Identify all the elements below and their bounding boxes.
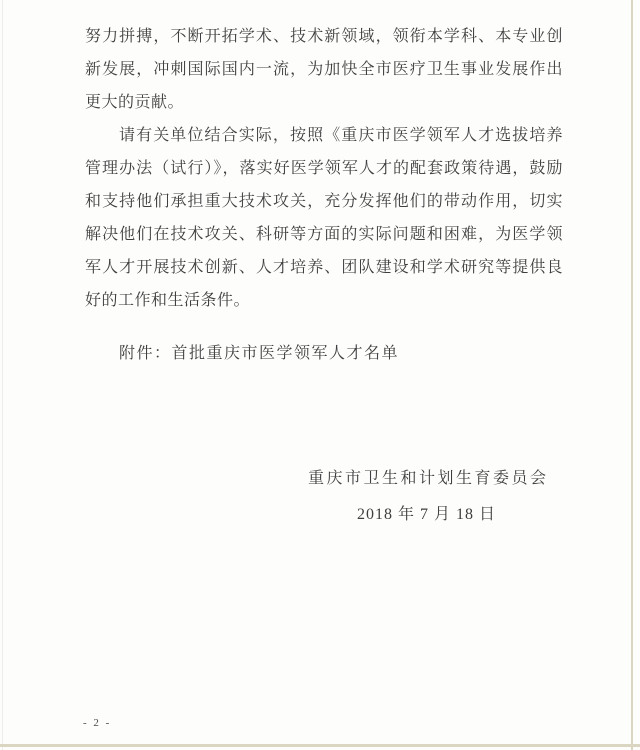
paragraph2-line-3: 和支持他们承担重大技术攻关，充分发挥他们的带动作用，切实 [85,185,563,218]
paragraph1-line-3: 更大的贡献。 [85,86,563,119]
paragraph2-line-6: 好的工作和生活条件。 [85,284,563,317]
scan-edge-right [631,0,633,750]
paragraph2-line-4: 解决他们在技术攻关、科研等方面的实际问题和困难，为医学领 [85,218,563,251]
page-number: - 2 - [83,717,111,729]
scan-edge-bottom [0,744,640,747]
issue-date: 2018 年 7 月 18 日 [357,498,496,531]
issuing-authority-signature: 重庆市卫生和计划生育委员会 [308,462,549,495]
scanned-document-page: 努力拼搏，不断开拓学术、技术新领域，领衔本学科、本专业创 新发展，冲刺国际国内一… [0,0,640,750]
document-body: 努力拼搏，不断开拓学术、技术新领域，领衔本学科、本专业创 新发展，冲刺国际国内一… [85,20,563,317]
paragraph1-line-1: 努力拼搏，不断开拓学术、技术新领域，领衔本学科、本专业创 [85,20,563,53]
paragraph2-line-2: 管理办法（试行）》，落实好医学领军人才的配套政策待遇，鼓励 [85,152,563,185]
attachment-reference: 附件：首批重庆市医学领军人才名单 [85,337,563,370]
paragraph2-line-1: 请有关单位结合实际，按照《重庆市医学领军人才选拔培养 [85,119,563,152]
paragraph1-line-2: 新发展，冲刺国际国内一流，为加快全市医疗卫生事业发展作出 [85,53,563,86]
scan-edge-left [2,0,3,750]
paragraph2-line-5: 军人才开展技术创新、人才培养、团队建设和学术研究等提供良 [85,251,563,284]
